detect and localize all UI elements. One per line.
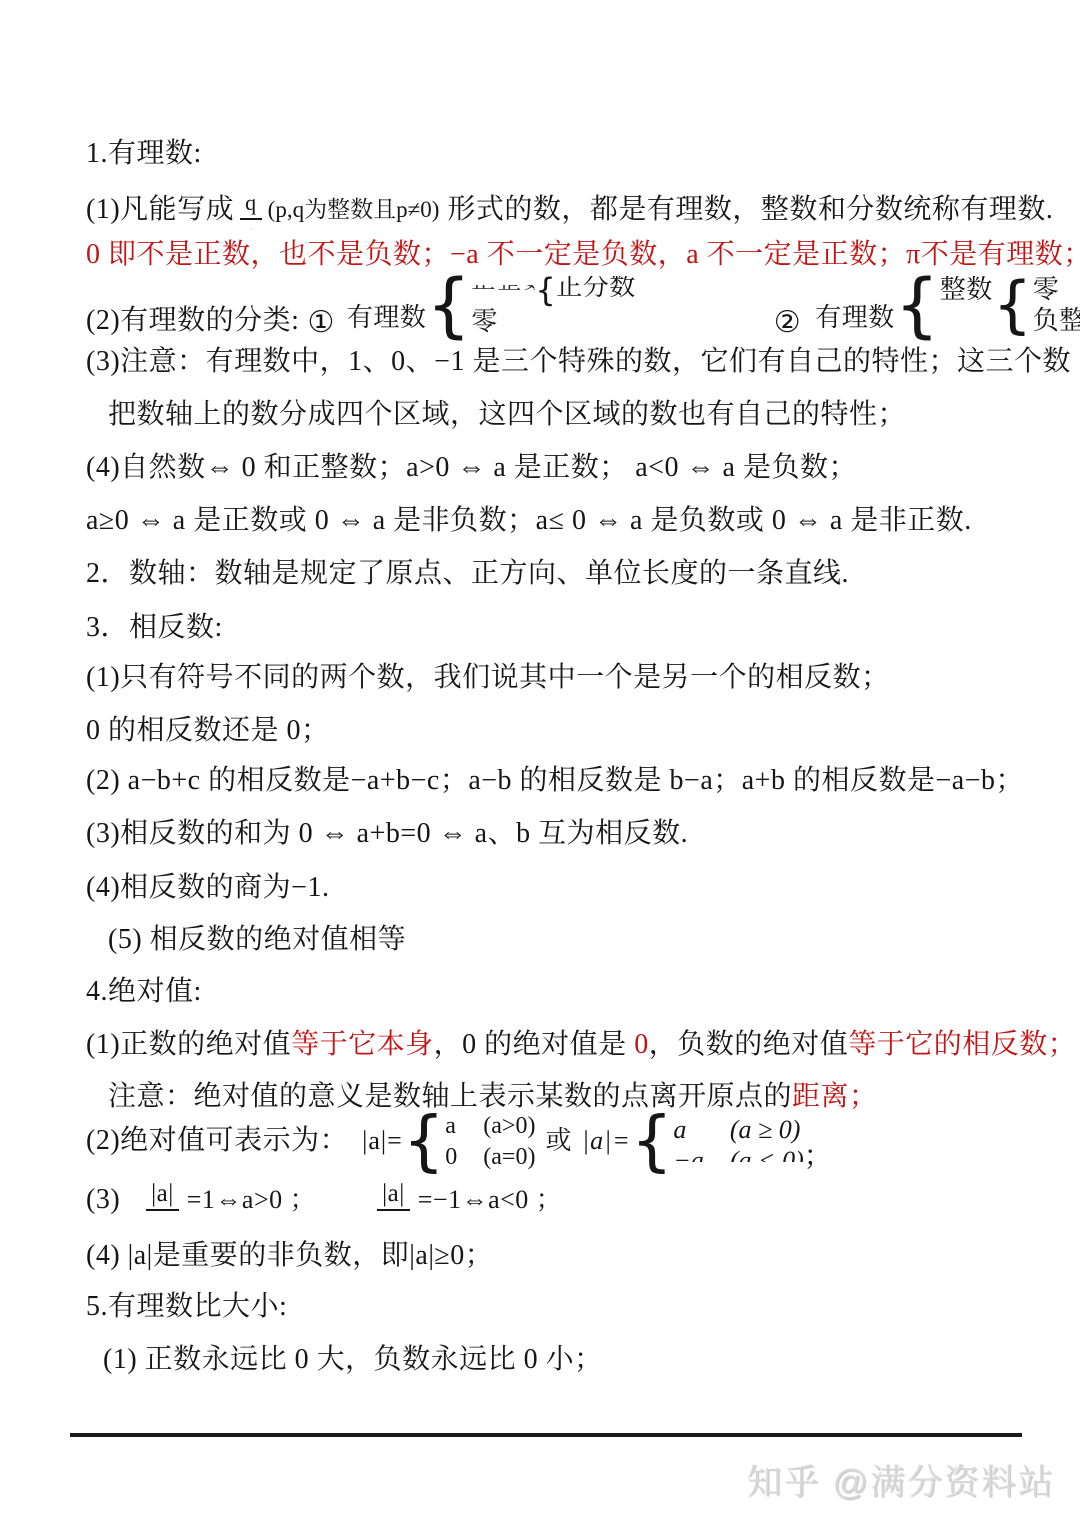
abs-a-equals: |a|=	[362, 1124, 403, 1158]
sec4-item2-label: (2)绝对值可表示为：	[86, 1124, 348, 1158]
fraction-numerator: |a|	[146, 1180, 179, 1212]
sec4-item3-eq1: =1⇔a>0 ；	[187, 1183, 316, 1217]
fraction-abs-a-over-a: |a| a	[377, 1180, 410, 1221]
brace-icon: {	[426, 270, 471, 340]
tree2-leaf-zero: 零	[1033, 274, 1080, 305]
pw1-row2-value: 0	[445, 1143, 457, 1171]
tree2-branch-label: 整数	[940, 274, 993, 305]
pw2-row2-cond: (a < 0)	[730, 1147, 804, 1162]
math-notes-page: 1.有理数: (1)凡能写成 q p (p,q为整数且p≠0) 形式的数，都是有…	[0, 0, 1080, 1525]
sec1-item1-condition: (p,q为整数且p≠0)	[268, 193, 440, 227]
classification-tree-2: 有理数 { 整数 { 零 负整数	[815, 270, 1080, 340]
sec1-item4-line1: (4)自然数⇔ 0 和正整数；a>0 ⇔ a 是正数； a<0 ⇔ a 是负数；	[86, 451, 857, 485]
sec2-line: 2．数轴：数轴是规定了原点、正方向、单位长度的一条直线.	[86, 557, 849, 591]
sec4-title: 4.绝对值:	[86, 975, 202, 1009]
pw2-row1-cond: (a ≥ 0)	[730, 1116, 804, 1144]
classification-label: (2)有理数的分类:	[86, 304, 299, 338]
sec3-item3: (3)相反数的和为 0 ⇔ a+b=0 ⇔ a、b 互为相反数.	[86, 817, 688, 851]
sec4-item3-line: (3) |a| a =1⇔a>0 ； |a| a =−1⇔a<0 ；	[86, 1170, 562, 1230]
sec4-item4: (4) |a|是重要的非负数，即|a|≥0；	[86, 1239, 493, 1273]
sec4-item1-red3: 等于它的相反数；	[848, 1029, 1076, 1060]
sec4-item1-red2: 0	[634, 1029, 649, 1060]
circled-one: ①	[307, 306, 334, 340]
sec4-item1-black2: ，0 的绝对值是	[434, 1029, 635, 1060]
sec4-item1-black1: (1)正数的绝对值	[86, 1029, 291, 1060]
sec1-item3-line2: 把数轴上的数分成四个区域，这四个区域的数也有自己的特性；	[108, 398, 906, 432]
piecewise-2-clipped: a (a ≥ 0) −a (a < 0)	[673, 1116, 803, 1162]
sec3-item2: (2) a−b+c 的相反数是−a+b−c；a−b 的相反数是 b−a；a+b …	[86, 764, 1024, 798]
sec1-title: 1.有理数:	[86, 137, 202, 171]
fraction-denominator-clipped: p	[245, 220, 257, 229]
sec1-item3-line1: (3)注意：有理数中，1、0、−1 是三个特殊的数，它们有自己的特性；这三个数	[86, 345, 1071, 379]
semicolon: ；	[804, 1140, 833, 1174]
sec3-item5: (5) 相反数的绝对值相等	[108, 923, 406, 957]
pw1-row1-value: a	[445, 1112, 457, 1140]
brace-icon: {	[895, 270, 940, 340]
pw1-row2-cond: (a=0)	[483, 1143, 535, 1171]
fraction-abs-a-over-a: |a| a	[146, 1180, 179, 1221]
sec4-item1-red1: 等于它本身	[291, 1029, 434, 1060]
tree1-top-leaf: 正分数	[556, 276, 636, 303]
sec4-item2-line: (2)绝对值可表示为： |a|= { a (a>0) 0 (a=0) 或 |a|…	[86, 1108, 832, 1174]
sec5-title: 5.有理数比大小:	[86, 1290, 287, 1324]
footer-divider	[70, 1433, 1022, 1437]
sec3-title: 3．相反数:	[86, 611, 223, 645]
brace-icon: {	[993, 274, 1033, 336]
fraction-q-over-p: q p	[240, 191, 262, 228]
brace-icon: {	[535, 274, 556, 306]
fraction-denominator-clipped: a	[388, 1211, 400, 1220]
zhihu-watermark: 知乎 @满分资料站	[747, 1455, 1055, 1505]
circled-two: ②	[774, 306, 801, 340]
tree1-root-label: 有理数	[347, 301, 427, 335]
pw2-row1-value: a	[673, 1116, 704, 1144]
sec4-item3-label: (3)	[86, 1183, 120, 1217]
sec3-item1a: (1)只有符号不同的两个数，我们说其中一个是另一个的相反数；	[86, 661, 890, 695]
brace-icon: {	[403, 1108, 446, 1174]
tree2-leaf-negint: 负整数	[1033, 305, 1080, 336]
classification-tree-1: 有理数 { 正整数 { 正分数 零	[347, 270, 636, 340]
sec3-item1b: 0 的相反数还是 0；	[86, 714, 330, 748]
sec5-item1: (1) 正数永远比 0 大，负数永远比 0 小；	[103, 1343, 603, 1377]
sec1-item1-pre: (1)凡能写成	[86, 193, 234, 227]
erased-text-fragment: 正整数	[471, 285, 535, 294]
sec4-item3-eq2: =−1⇔a<0 ；	[418, 1183, 563, 1217]
sec1-item1-line: (1)凡能写成 q p (p,q为整数且p≠0) 形式的数，都是有理数，整数和分…	[86, 183, 1053, 237]
tree2-root-label: 有理数	[815, 301, 895, 335]
sec1-item4-line2: a≥0 ⇔ a 是正数或 0 ⇔ a 是非负数；a≤ 0 ⇔ a 是负数或 0 …	[86, 504, 972, 538]
sec3-item4: (4)相反数的商为−1.	[86, 871, 329, 905]
piecewise-1: a (a>0) 0 (a=0)	[445, 1112, 535, 1171]
fraction-numerator: |a|	[377, 1180, 410, 1212]
pw2-row2-value: −a	[673, 1147, 704, 1162]
fraction-numerator: q	[240, 191, 262, 219]
abs-a-equals-2: |a|=	[582, 1124, 631, 1158]
fraction-denominator-clipped: a	[157, 1211, 169, 1220]
sec1-classification-line: (2)有理数的分类: ① 有理数 { 正整数 { 正分数 零 ② 有理数 { 整…	[86, 266, 1080, 344]
sec1-item1-post: 形式的数，都是有理数，整数和分数统称有理数.	[447, 193, 1053, 227]
tree1-mid-leaf: 零	[471, 306, 635, 337]
pw1-row1-cond: (a>0)	[483, 1112, 535, 1140]
sec4-item1-black3: ，负数的绝对值	[649, 1029, 849, 1060]
brace-icon: {	[631, 1108, 674, 1174]
or-word: 或	[545, 1124, 572, 1158]
sec4-item1-line: (1)正数的绝对值等于它本身，0 的绝对值是 0，负数的绝对值等于它的相反数；	[86, 1028, 1076, 1062]
